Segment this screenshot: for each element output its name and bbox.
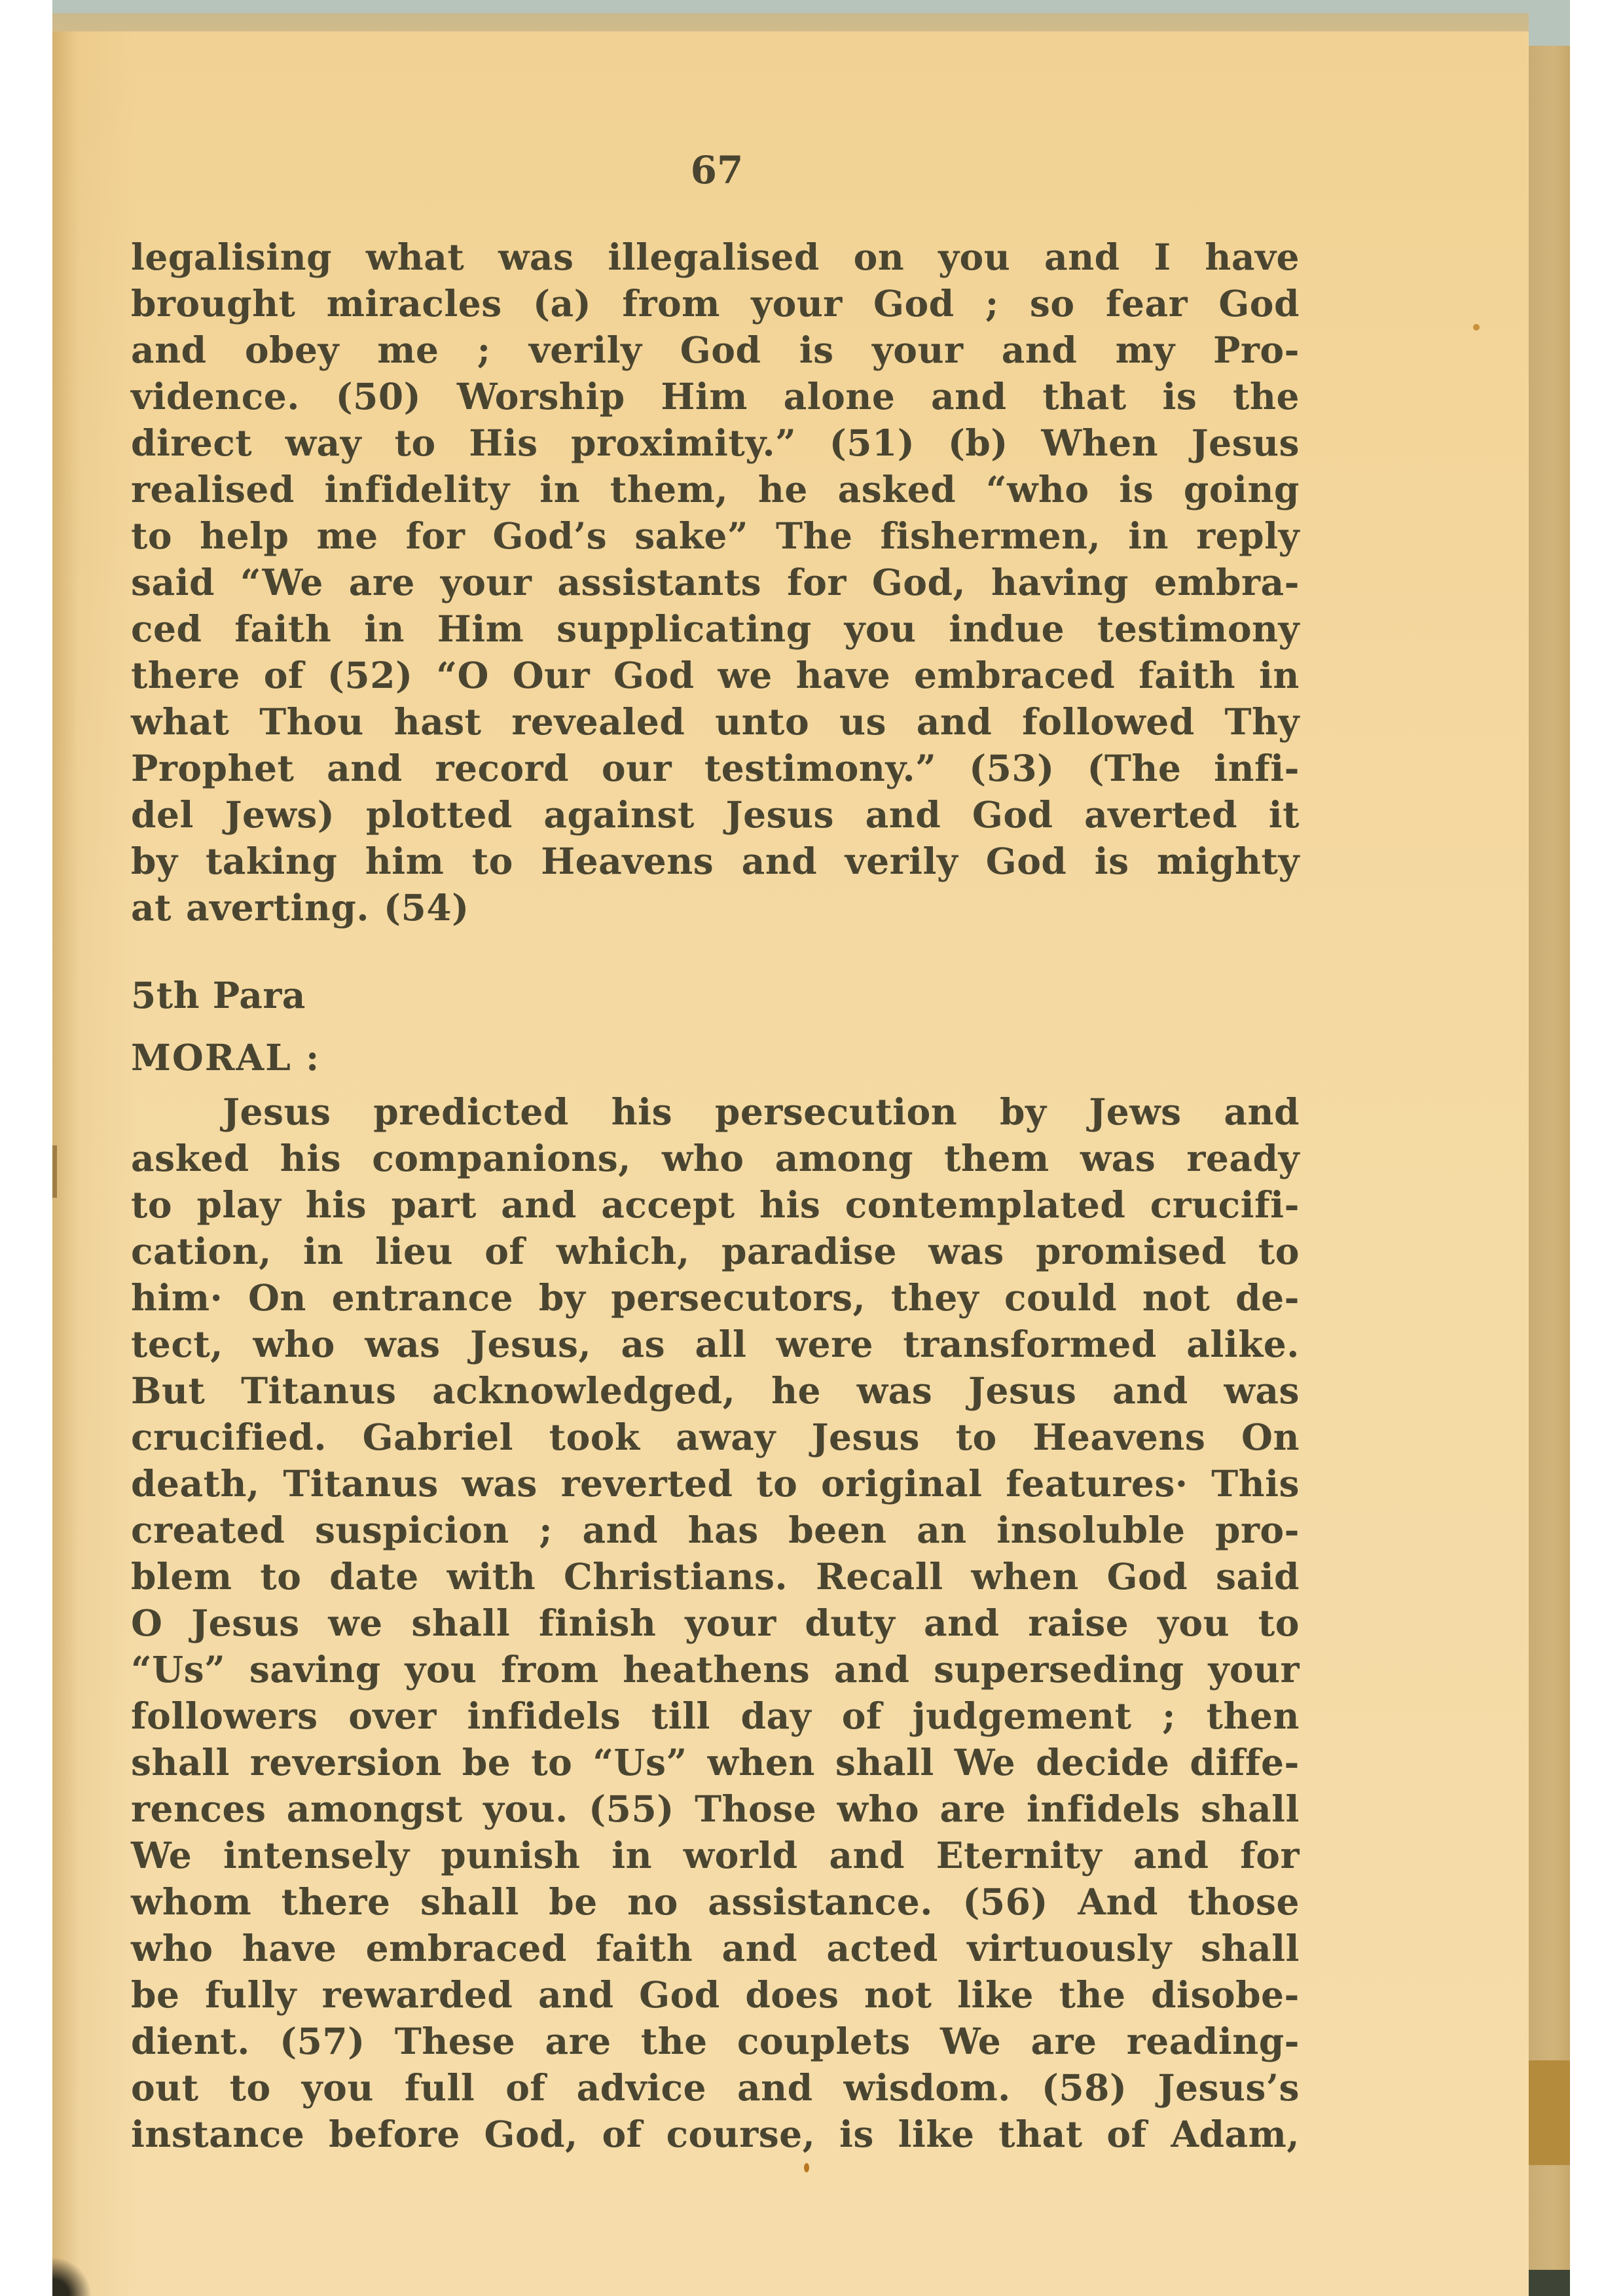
body-text-section-2: 5th Para MORAL : Jesuspredictedhispersec… [131,964,1300,2157]
text-line: ataverting.(54) [131,884,1300,931]
text-line: legalisingwhatwasillegalisedonyouandIhav… [131,234,1300,280]
paper-speck [804,2163,809,2172]
text-line: outtoyoufullofadviceandwisdom.(58)Jesus’… [131,2064,1300,2111]
binding-mark [52,1145,57,1198]
moral-heading: MORAL : [131,1026,1300,1088]
text-line: whomthereshallbenoassistance.(56)Andthos… [131,1878,1300,1925]
page-corner-shadow [52,2257,92,2296]
text-line: Prophetandrecordourtestimony.”(53)(Thein… [131,745,1300,791]
text-line: broughtmiracles(a)fromyourGod;sofearGod [131,280,1300,327]
text-line: cation,inlieuofwhich,paradisewaspromised… [131,1228,1300,1274]
text-line: toplayhispartandaccepthiscontemplatedcru… [131,1181,1300,1228]
text-line: him·Onentrancebypersecutors,theycouldnot… [131,1274,1300,1321]
text-line: JesuspredictedhispersecutionbyJewsand [131,1088,1300,1135]
text-line: tect,whowasJesus,asallweretransformedali… [131,1321,1300,1367]
text-line: death,Titanuswasrevertedtooriginalfeatur… [131,1460,1300,1507]
text-line: createdsuspicion;andhasbeenaninsolublepr… [131,1507,1300,1553]
text-line: cedfaithinHimsupplicatingyouinduetestimo… [131,605,1300,652]
text-line: “Us”savingyoufromheathensandsupersedingy… [131,1646,1300,1693]
page-number: 67 [681,148,753,192]
page-stack-right-edge [1529,46,1570,2296]
body-text-section-1: legalisingwhatwasillegalisedonyouandIhav… [131,234,1300,931]
text-line: directwaytoHisproximity.”(51)(b)WhenJesu… [131,420,1300,466]
moral-paragraph: JesuspredictedhispersecutionbyJewsandask… [131,1088,1300,2157]
text-line: delJews)plottedagainstJesusandGodaverted… [131,791,1300,838]
text-line: befullyrewardedandGoddoesnotlikethedisob… [131,1971,1300,2018]
text-line: OJesusweshallfinishyourdutyandraiseyouto [131,1600,1300,1646]
text-line: whatThouhastrevealeduntousandfollowedThy [131,698,1300,745]
paper-speck [1473,324,1480,331]
text-line: andobeyme;verilyGodisyourandmyPro- [131,327,1300,373]
text-line: vidence.(50)WorshipHimaloneandthatisthe [131,373,1300,420]
text-line: WeintenselypunishinworldandEternityandfo… [131,1832,1300,1878]
text-line: askedhiscompanions,whoamongthemwasready [131,1135,1300,1181]
text-line: bytakinghimtoHeavensandverilyGodismighty [131,838,1300,884]
text-line: blemtodatewithChristians.RecallwhenGodsa… [131,1553,1300,1600]
page-stack-stain [1529,2060,1570,2165]
text-line: ButTitanusacknowledged,hewasJesusandwas [131,1367,1300,1414]
para-label: 5th Para [131,964,1300,1026]
text-line: said“WeareyourassistantsforGod,havingemb… [131,559,1300,605]
text-line: whohaveembracedfaithandactedvirtuouslysh… [131,1925,1300,1971]
text-line: instancebeforeGod,ofcourse,islikethatofA… [131,2111,1300,2157]
text-line: realisedinfidelityinthem,heasked“whoisgo… [131,466,1300,512]
text-line: rencesamongstyou.(55)Thosewhoareinfidels… [131,1785,1300,1832]
text-line: dient.(57)ThesearethecoupletsWearereadin… [131,2018,1300,2064]
text-line: crucified.GabrieltookawayJesustoHeavensO… [131,1414,1300,1460]
page-stack-corner-shadow [1529,2270,1570,2296]
text-line: thereof(52)“OOurGodwehaveembracedfaithin [131,652,1300,698]
text-line: shallreversionbeto“Us”whenshallWedecided… [131,1739,1300,1785]
text-line: tohelpmeforGod’ssake”Thefishermen,inrepl… [131,512,1300,559]
text-line: followersoverinfidelstilldayofjudgement;… [131,1693,1300,1739]
